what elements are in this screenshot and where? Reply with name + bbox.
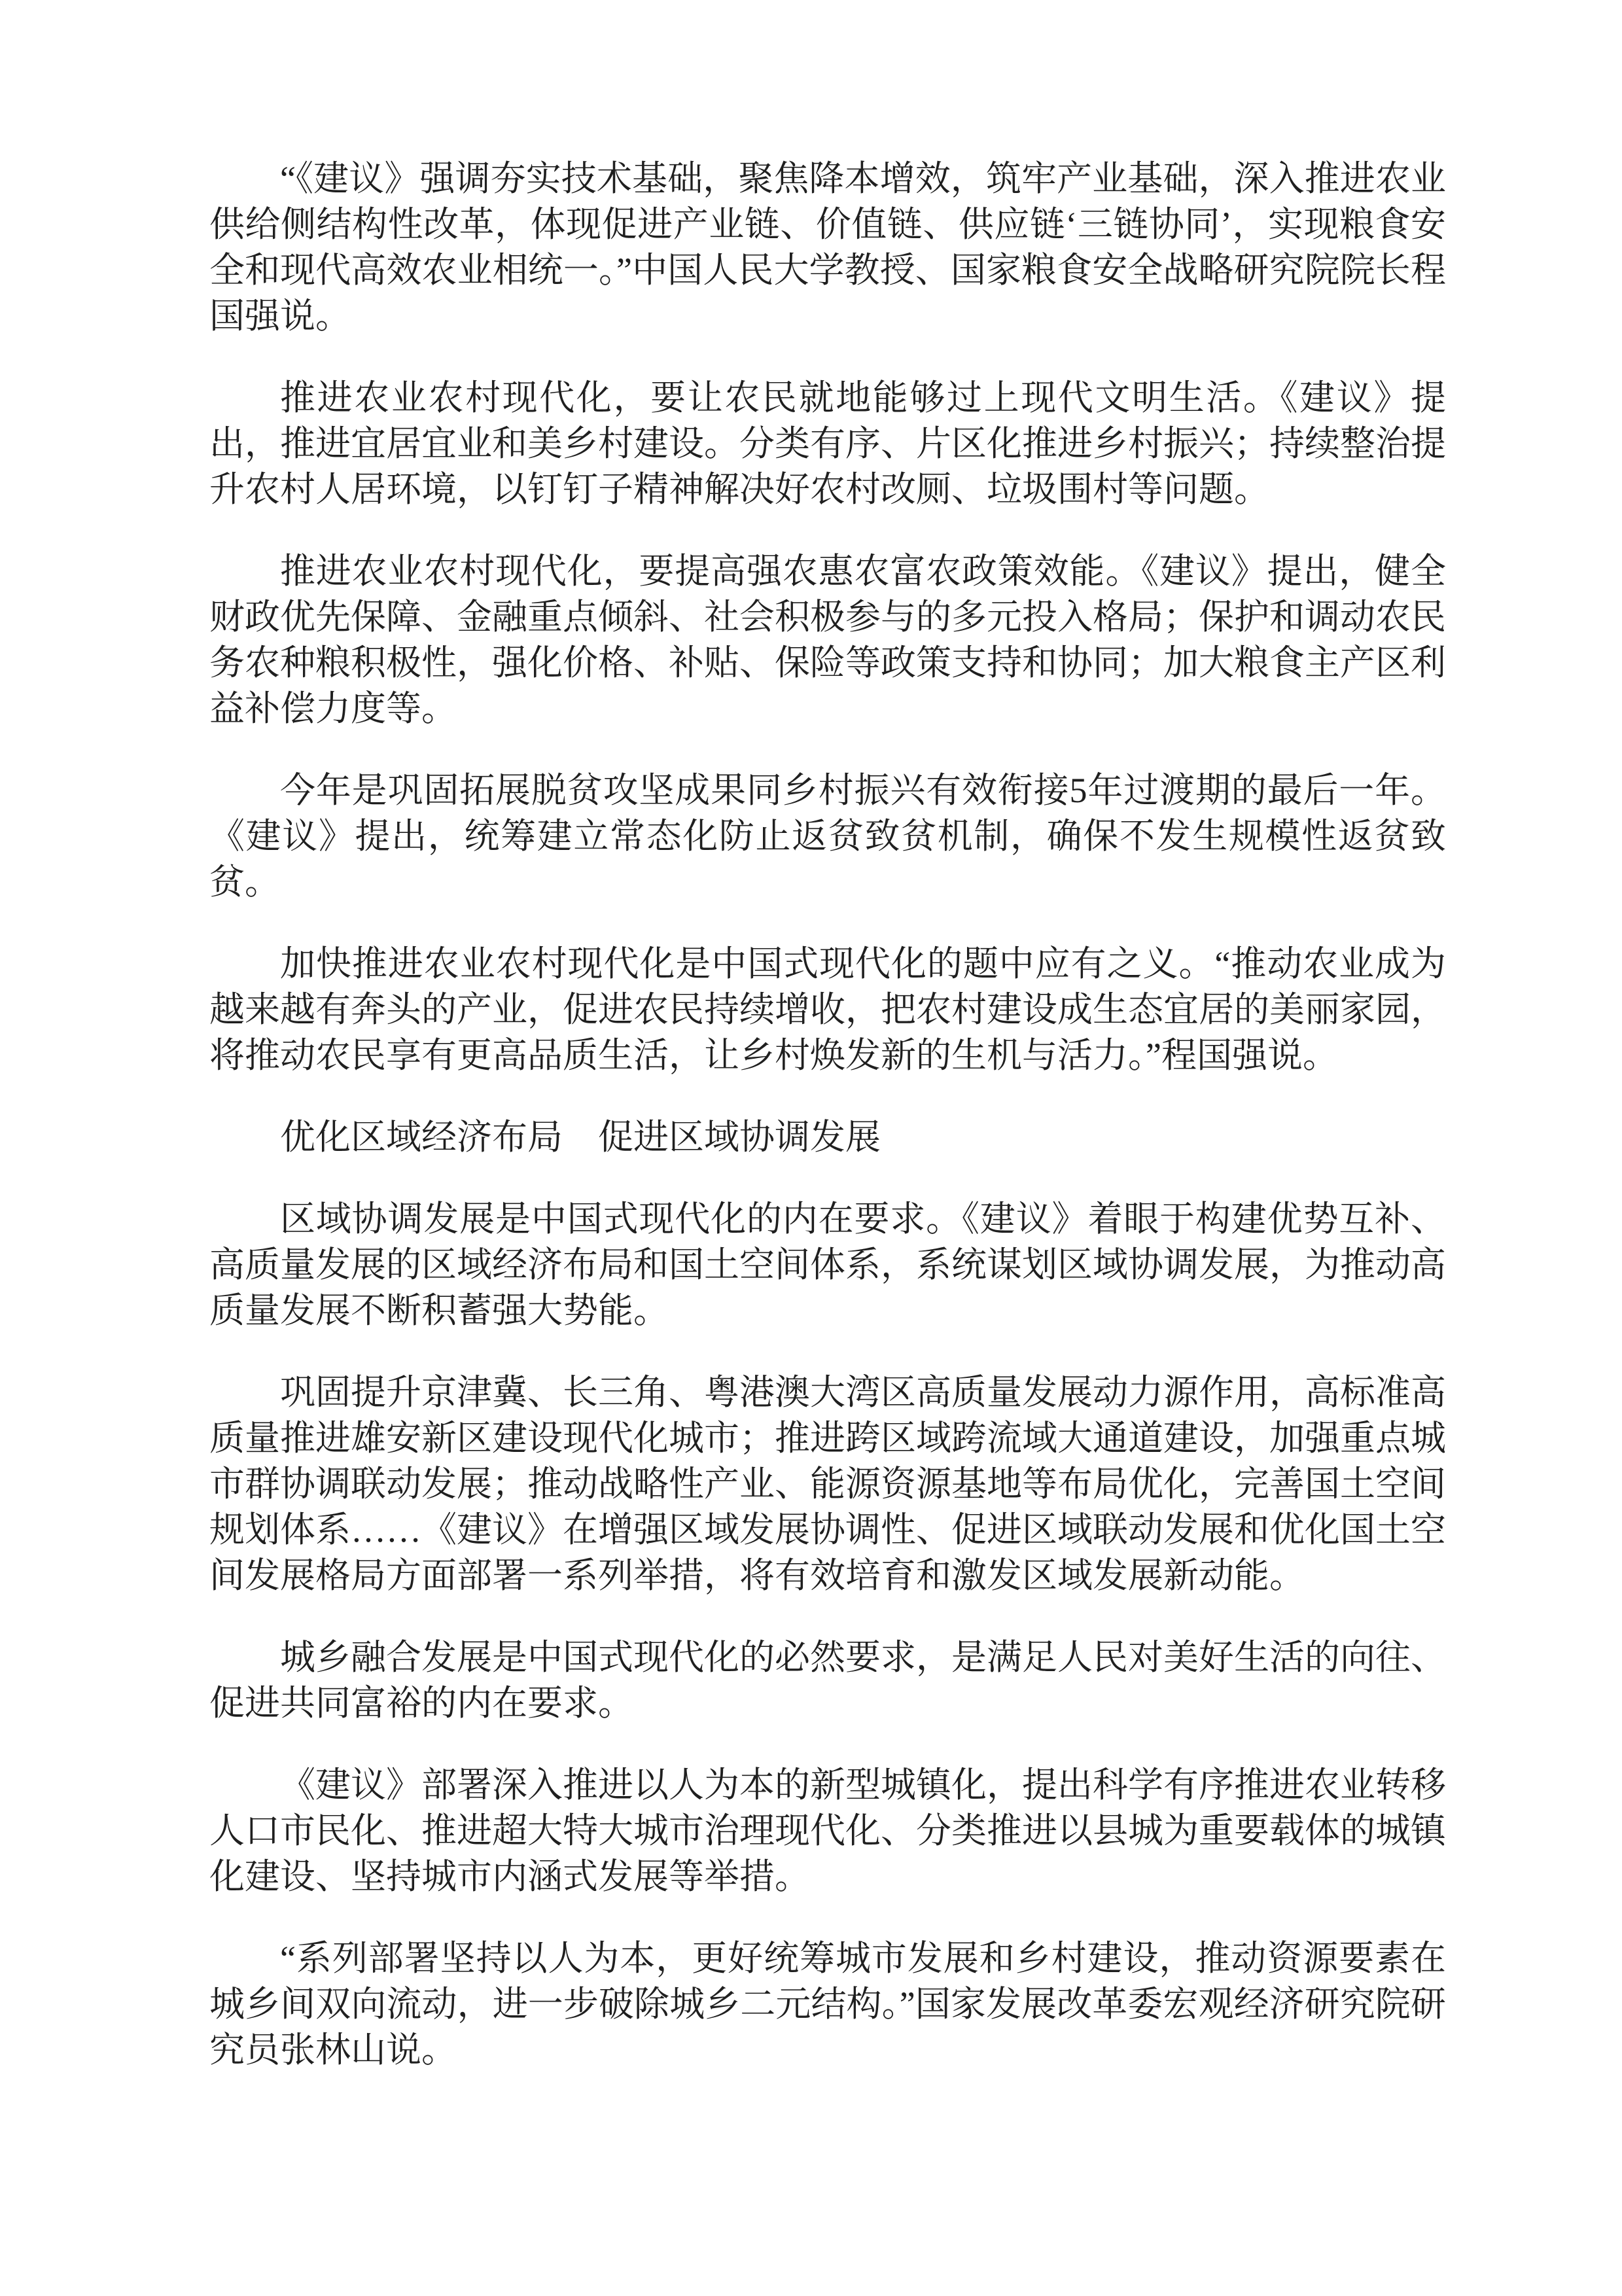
paragraph: “系列部署坚持以人为本，更好统筹城市发展和乡村建设，推动资源要素在城乡间双向流动…: [209, 1935, 1446, 2073]
section-heading: 优化区域经济布局 促进区域协调发展: [209, 1114, 1446, 1160]
paragraph: 《建议》部署深入推进以人为本的新型城镇化，提出科学有序推进农业转移人口市民化、推…: [209, 1762, 1446, 1899]
paragraph: 加快推进农业农村现代化是中国式现代化的题中应有之义。“推动农业成为越来越有奔头的…: [209, 941, 1446, 1078]
paragraph: 城乡融合发展是中国式现代化的必然要求，是满足人民对美好生活的向往、促进共同富裕的…: [209, 1634, 1446, 1726]
paragraph: 推进农业农村现代化，要让农民就地能够过上现代文明生活。《建议》提出，推进宜居宜业…: [209, 375, 1446, 512]
document-page: “《建议》强调夯实技术基础，聚焦降本增效，筑牢产业基础，深入推进农业供给侧结构性…: [0, 0, 1622, 2296]
paragraph: 推进农业农村现代化，要提高强农惠农富农政策效能。《建议》提出，健全财政优先保障、…: [209, 548, 1446, 732]
article-body: “《建议》强调夯实技术基础，聚焦降本增效，筑牢产业基础，深入推进农业供给侧结构性…: [209, 156, 1446, 2109]
paragraph: “《建议》强调夯实技术基础，聚焦降本增效，筑牢产业基础，深入推进农业供给侧结构性…: [209, 156, 1446, 339]
paragraph: 区域协调发展是中国式现代化的内在要求。《建议》着眼于构建优势互补、高质量发展的区…: [209, 1196, 1446, 1333]
paragraph: 今年是巩固拓展脱贫攻坚成果同乡村振兴有效衔接5年过渡期的最后一年。《建议》提出，…: [209, 768, 1446, 905]
paragraph: 巩固提升京津冀、长三角、粤港澳大湾区高质量发展动力源作用，高标准高质量推进雄安新…: [209, 1369, 1446, 1598]
